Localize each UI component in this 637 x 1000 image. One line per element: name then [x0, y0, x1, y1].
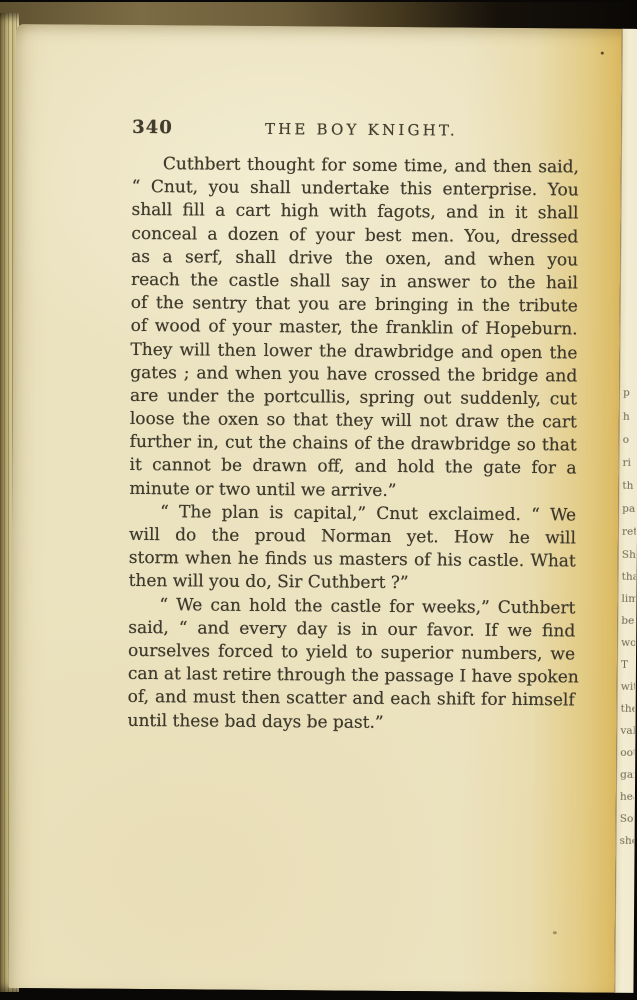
next-page-text-fragment: witl: [621, 682, 635, 693]
page-number: 340: [132, 117, 173, 138]
printed-text-block: 340 THE BOY KNIGHT. Cuthbert thought for…: [127, 117, 579, 736]
next-page-text-fragment: tha: [622, 572, 636, 583]
next-page-text-fragment: h: [623, 412, 630, 423]
next-page-text-fragment: ri: [623, 458, 631, 469]
next-page-text-fragment: Sh: [622, 550, 636, 561]
text-line: ourselves forced to yield to superior nu…: [128, 640, 575, 667]
text-line: are under the portcullis, spring out sud…: [130, 385, 577, 412]
text-line: loose the oxen so that they will not dra…: [130, 408, 577, 435]
text-line: “ Cnut, you shall undertake this enterpr…: [132, 176, 579, 203]
text-line: then will you do, Sir Cuthbert ?”: [129, 570, 576, 597]
next-page-text-fragment: Som: [620, 814, 634, 825]
page-header: 340 THE BOY KNIGHT.: [132, 117, 579, 142]
next-page-text-fragment: o: [623, 435, 629, 446]
text-line: of the sentry that you are bringing in t…: [131, 292, 578, 319]
text-line: conceal a dozen of your best men. You, d…: [131, 222, 578, 249]
body-lines: Cuthbert thought for some time, and then…: [127, 153, 579, 736]
text-line: gates ; and when you have crossed the br…: [130, 362, 577, 389]
page-paper: 340 THE BOY KNIGHT. Cuthbert thought for…: [8, 24, 622, 993]
text-line: it cannot be drawn off, and hold the gat…: [129, 454, 576, 481]
next-page-text-fragment: p: [623, 388, 630, 399]
running-title: THE BOY KNIGHT.: [265, 120, 458, 140]
text-line: until these bad days be past.”: [127, 709, 574, 736]
text-line: They will then lower the drawbridge and …: [130, 338, 577, 365]
next-page-text-fragment: th: [622, 481, 633, 492]
next-page-text-fragment: ret: [622, 527, 636, 538]
text-line: can at last retire through the passage I…: [128, 663, 575, 690]
text-line: “ The plan is capital,” Cnut exclaimed. …: [129, 501, 576, 528]
text-line: reach the castle shall say in answer to …: [131, 269, 578, 296]
next-page-text-fragment: garr: [620, 770, 634, 781]
text-line: as a serf, shall drive the oxen, and whe…: [131, 246, 578, 273]
paper-speck: [553, 931, 557, 934]
book-page: 340 THE BOY KNIGHT. Cuthbert thought for…: [8, 24, 637, 993]
text-line: will do the proud Norman yet. How he wil…: [129, 524, 576, 551]
text-line: Cuthbert thought for some time, and then…: [132, 153, 579, 180]
next-page-text-fragment: T: [621, 660, 628, 671]
text-line: shall fill a cart high with fagots, and …: [131, 199, 578, 226]
text-line: minute or two until we arrive.”: [129, 478, 576, 505]
next-page-text-fragment: heav: [620, 792, 634, 803]
text-line: said, “ and every day is in our favor. I…: [128, 617, 575, 644]
paper-speck: [601, 52, 604, 55]
text-line: further in, cut the chains of the drawbr…: [130, 431, 577, 458]
text-line: “ We can hold the castle for weeks,” Cut…: [128, 593, 575, 620]
next-page-text-fragment: shou: [620, 836, 634, 847]
text-line: storm when he finds us masters of his ca…: [129, 547, 576, 574]
scanned-book-photo: { "document": { "page_number": "340", "r…: [0, 0, 637, 1000]
next-page-text-fragment: the: [621, 704, 635, 715]
text-line: of wood of your master, the franklin of …: [131, 315, 578, 342]
next-page-text-fragment: be l: [621, 616, 635, 627]
next-page-text-fragment: vall: [620, 726, 634, 737]
next-page-text-fragment: lim: [621, 594, 635, 605]
next-page-text-fragment: pa: [622, 504, 635, 515]
next-page-text-fragment: wor: [621, 638, 635, 649]
next-page-text-fragment: oot: [620, 748, 634, 759]
text-line: of, and must then scatter and each shift…: [128, 686, 575, 713]
